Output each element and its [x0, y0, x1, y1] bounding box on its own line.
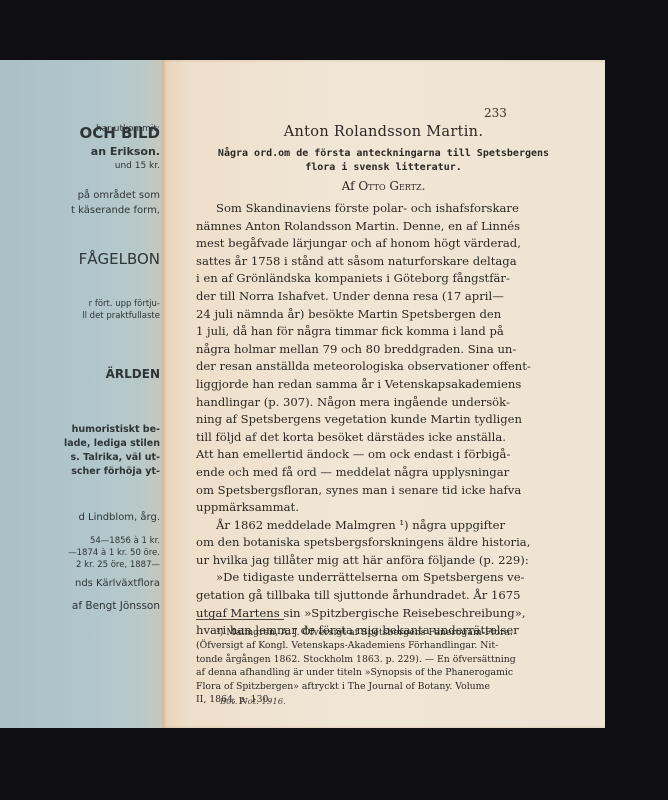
text-line: (Öfversigt af Kongl. Vetenskaps-Akademie… — [196, 639, 490, 652]
cover-text-line: FÅGELBON — [79, 250, 160, 268]
author-name: Otto Gertz. — [358, 179, 425, 193]
text-line: »De tidigaste underrättelserna om Spetsb… — [196, 569, 490, 587]
cover-text-line: 54—1856 à 1 kr. — [90, 536, 160, 546]
text-line: Som Skandinaviens förste polar- och isha… — [196, 200, 490, 218]
author-byline: Af Otto Gertz. — [162, 179, 605, 193]
document-page: 233 Anton Rolandsson Martin. Några ord.o… — [162, 60, 605, 728]
text-line: om den botaniska spetsbergsforskningens … — [196, 534, 490, 552]
cover-text-line: r fört. upp förtju- — [89, 299, 160, 309]
adjacent-blue-cover-page: har utkommit:OCH BILDan Erikson.und 15 k… — [0, 60, 162, 728]
text-line: mest begåfvade lärjungar och af honom hö… — [196, 235, 490, 253]
text-line: handlingar (p. 307). Någon mera ingående… — [196, 394, 490, 412]
footnote: ¹) Malmgren, A. J. Öfversigt af Spetsber… — [196, 626, 490, 706]
text-line: uppmärksammat. — [196, 499, 490, 517]
cover-text-line: lade, lediga stilen — [64, 438, 160, 449]
cover-text-line: nds Kärlväxtflora — [75, 578, 160, 589]
text-line: tonde årgången 1862. Stockholm 1863. p. … — [196, 653, 490, 666]
text-line: der resan anställda meteorologiska obser… — [196, 358, 490, 376]
journal-signature: Bot. Not. 1916. — [220, 697, 286, 707]
text-line: getation gå tillbaka till sjuttonde århu… — [196, 587, 490, 605]
text-line: ning af Spetsbergens vegetation kunde Ma… — [196, 411, 490, 429]
cover-text-line: 2 kr. 25 öre, 1887— — [76, 560, 160, 570]
cover-text-line: på området som — [78, 190, 160, 201]
text-line: liggjorde han redan samma år i Vetenskap… — [196, 376, 490, 394]
cover-text-line: t käserande form, — [71, 205, 160, 216]
cover-text-line: s. Talrika, väl ut- — [71, 452, 161, 463]
text-line: 1 juli, då han för några timmar fick kom… — [196, 323, 490, 341]
body-text: Som Skandinaviens förste polar- och isha… — [196, 200, 490, 640]
cover-text-line: ÄRLDEN — [106, 367, 160, 381]
text-line: om Spetsbergsfloran, synes man i senare … — [196, 482, 490, 500]
text-line: ur hvilka jag tillåter mig att här anför… — [196, 552, 490, 570]
text-line: 24 juli nämnda år) besökte Martin Spetsb… — [196, 306, 490, 324]
cover-text-line: scher förhöja yt- — [71, 466, 160, 477]
text-line: Flora of Spitzbergen» aftryckt i The Jou… — [196, 680, 490, 693]
text-line: af denna afhandling är under titeln »Syn… — [196, 666, 490, 679]
text-line: sattes år 1758 i stånd att såsom naturfo… — [196, 253, 490, 271]
byline-prefix: Af — [342, 179, 359, 193]
text-line: i en af Grönländska kompaniets i Götebor… — [196, 270, 490, 288]
cover-text-line: und 15 kr. — [115, 161, 160, 171]
text-line: några holmar mellan 79 och 80 breddgrade… — [196, 341, 490, 359]
cover-text-line: humoristiskt be- — [72, 424, 160, 435]
text-line: ¹) Malmgren, A. J. Öfversigt af Spetsber… — [196, 626, 490, 639]
cover-text-line: d Lindblom, årg. — [79, 512, 161, 523]
article-title: Anton Rolandsson Martin. — [162, 124, 605, 140]
article-subtitle-line-1: Några ord.om de första anteckningarna ti… — [162, 148, 605, 159]
cover-text-line: —1874 à 1 kr. 50 öre. — [68, 548, 160, 558]
text-line: der till Norra Ishafvet. Under denna res… — [196, 288, 490, 306]
text-line: Att han emellertid ändock — om ock endas… — [196, 446, 490, 464]
cover-text-line: af Bengt Jönsson — [72, 600, 160, 612]
cover-text-line: OCH BILD — [79, 124, 160, 142]
text-line: till följd af det korta besöket därstäde… — [196, 429, 490, 447]
page-number: 233 — [484, 106, 507, 120]
cover-text-line: ll det praktfullaste — [82, 311, 160, 321]
article-subtitle-line-2: flora i svensk litteratur. — [162, 162, 605, 173]
footnote-rule — [196, 619, 284, 620]
cover-text-line: an Erikson. — [91, 145, 160, 158]
text-line: nämnes Anton Rolandsson Martin. Denne, e… — [196, 218, 490, 236]
text-line: År 1862 meddelade Malmgren ¹) några uppg… — [196, 517, 490, 535]
text-line: ende och med få ord — meddelat några upp… — [196, 464, 490, 482]
